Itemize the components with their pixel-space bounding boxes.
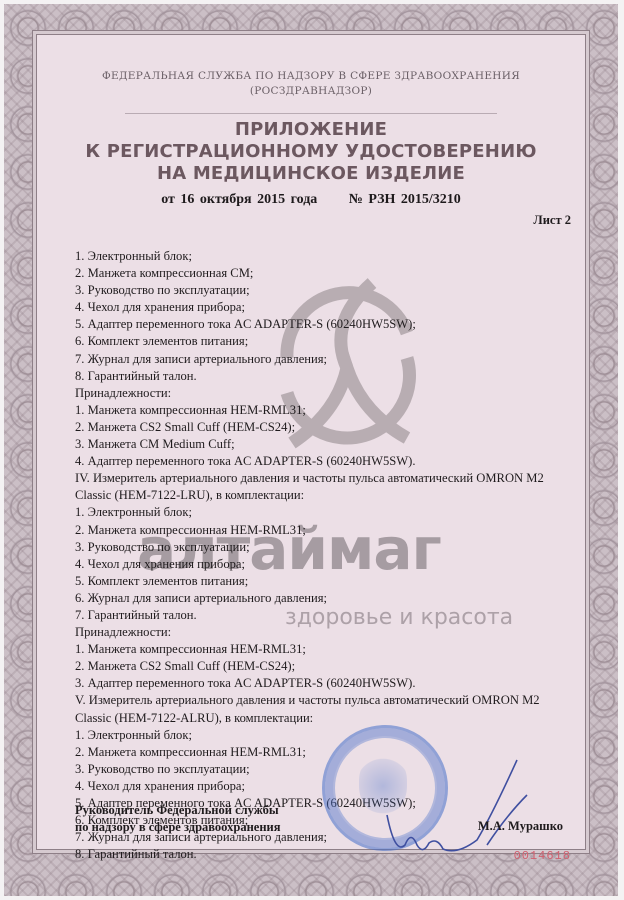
title-line-3: НА МЕДИЦИНСКОЕ ИЗДЕЛИЕ [37,163,585,185]
list-item: 5. Адаптер переменного тока AC ADAPTER-S… [75,316,575,333]
issue-line: от 16 октября 2015 года № РЗН 2015/3210 [37,192,585,208]
agency-abbr: (РОСЗДРАВНАДЗОР) [37,84,585,99]
list-item: 1. Электронный блок; [75,248,575,265]
signatory-name: М.А. Мурашко [478,819,563,834]
signatory-title: Руководитель Федеральной службы по надзо… [75,802,281,836]
list-item: 7. Журнал для записи артериального давле… [75,351,575,368]
list-item: 4. Адаптер переменного тока AC ADAPTER-S… [75,453,575,470]
list-item: 2. Манжета компрессионная CM; [75,265,575,282]
agency-name: ФЕДЕРАЛЬНАЯ СЛУЖБА ПО НАДЗОРУ В СФЕРЕ ЗД… [37,69,585,84]
header-divider [125,113,497,114]
list-item: 1. Манжета компрессионная HEM-RML31; [75,641,575,658]
list-item: 2. Манжета CS2 Small Cuff (HEM-CS24); [75,658,575,675]
list-item: 4. Чехол для хранения прибора; [75,556,575,573]
list-item: Classic (HEM-7122-LRU), в комплектации: [75,487,575,504]
list-item: Classic (HEM-7122-ALRU), в комплектации: [75,710,575,727]
list-item: 8. Гарантийный талон. [75,368,575,385]
document-body: ФЕДЕРАЛЬНАЯ СЛУЖБА ПО НАДЗОРУ В СФЕРЕ ЗД… [36,34,586,850]
signatory-title-line-2: по надзору в сфере здравоохранения [75,819,281,836]
title-line-2: К РЕГИСТРАЦИОННОМУ УДОСТОВЕРЕНИЮ [37,141,585,163]
list-item: 6. Комплект элементов питания; [75,333,575,350]
list-item: 5. Комплект элементов питания; [75,573,575,590]
list-item: IV. Измеритель артериального давления и … [75,470,575,487]
list-item: 3. Руководство по эксплуатации; [75,539,575,556]
list-item: 3. Манжета CM Medium Cuff; [75,436,575,453]
signatory-title-line-1: Руководитель Федеральной службы [75,802,281,819]
document-title: ПРИЛОЖЕНИЕ К РЕГИСТРАЦИОННОМУ УДОСТОВЕРЕ… [37,119,585,185]
certificate-sheet: ФЕДЕРАЛЬНАЯ СЛУЖБА ПО НАДЗОРУ В СФЕРЕ ЗД… [4,4,618,896]
list-item: 7. Гарантийный талон. [75,607,575,624]
list-item: 4. Чехол для хранения прибора; [75,299,575,316]
list-item: Принадлежности: [75,624,575,641]
list-item: 1. Электронный блок; [75,504,575,521]
list-item: 2. Манжета CS2 Small Cuff (HEM-CS24); [75,419,575,436]
registration-number: № РЗН 2015/3210 [349,192,461,207]
issue-date: от 16 октября 2015 года [161,192,317,207]
list-item: 2. Манжета компрессионная HEM-RML31; [75,522,575,539]
serial-number: 0014618 [514,849,571,863]
list-item: 6. Журнал для записи артериального давле… [75,590,575,607]
signature-icon [377,745,537,865]
title-line-1: ПРИЛОЖЕНИЕ [37,119,585,141]
sheet-number: Лист 2 [533,213,571,228]
list-item: Принадлежности: [75,385,575,402]
list-item: 1. Манжета компрессионная HEM-RML31; [75,402,575,419]
list-item: V. Измеритель артериального давления и ч… [75,692,575,709]
agency-header: ФЕДЕРАЛЬНАЯ СЛУЖБА ПО НАДЗОРУ В СФЕРЕ ЗД… [37,69,585,99]
list-item: 3. Адаптер переменного тока AC ADAPTER-S… [75,675,575,692]
list-item: 1. Электронный блок; [75,727,575,744]
list-item: 3. Руководство по эксплуатации; [75,282,575,299]
